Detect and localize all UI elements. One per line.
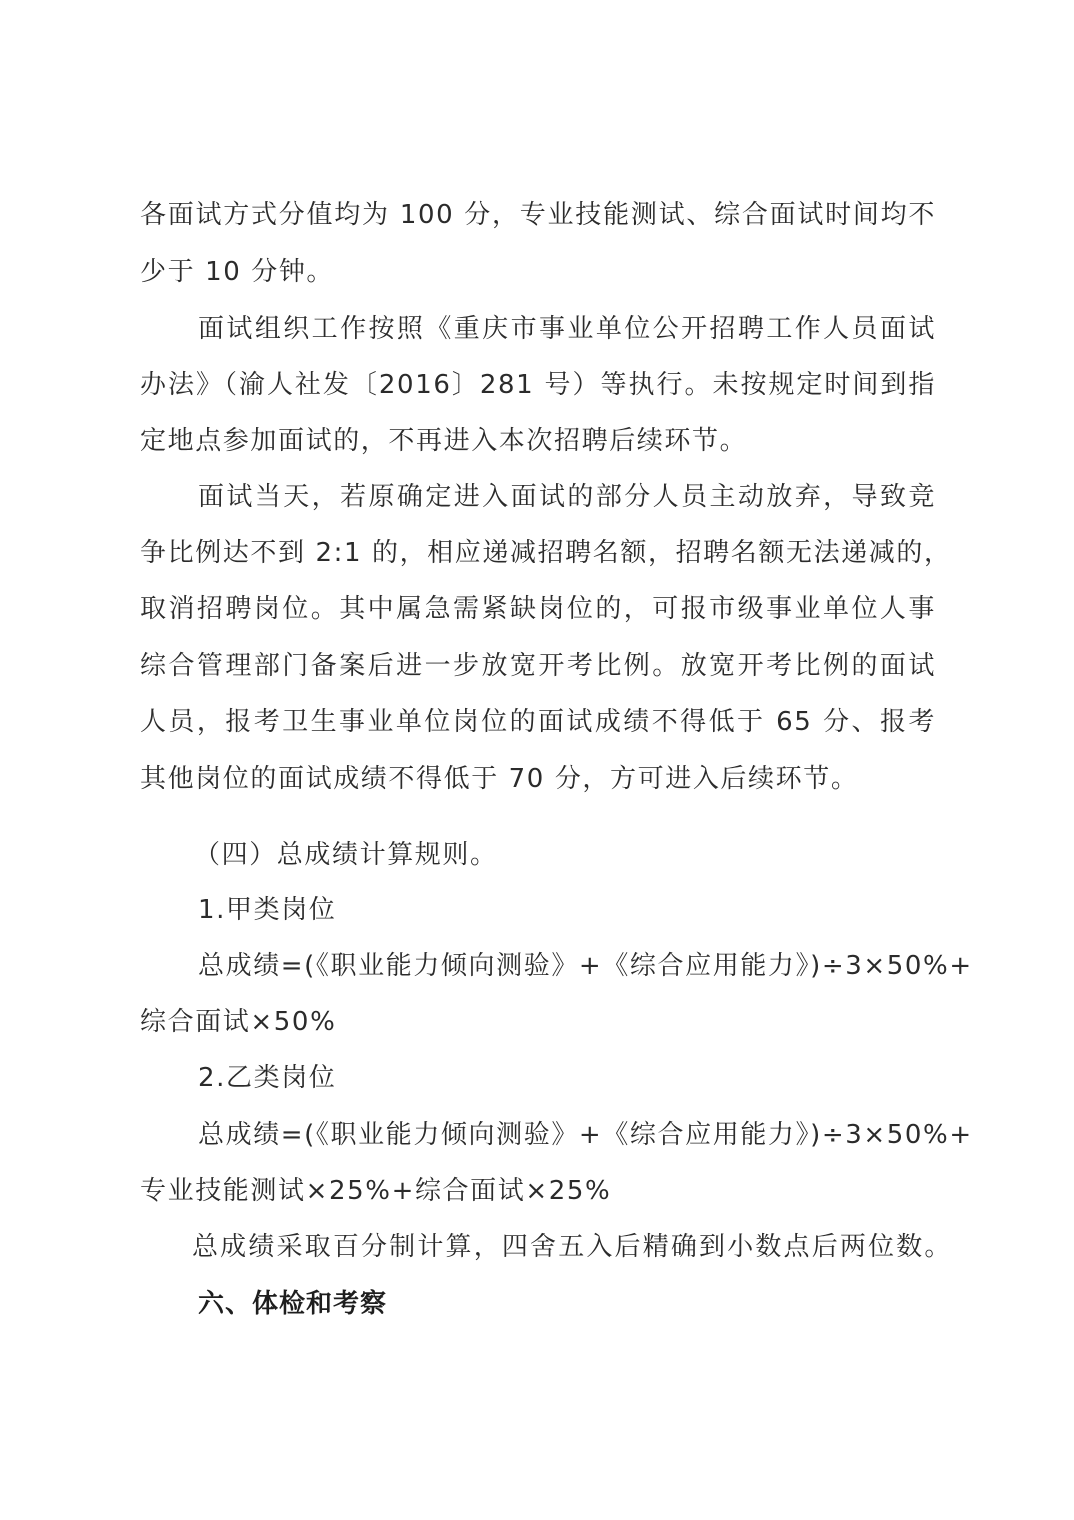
document-page: 各面试方式分值均为 100 分，专业技能测试、综合面试时间均不 少于 10 分钟…: [0, 0, 1074, 1520]
section-heading: 六、体检和考察: [198, 1284, 387, 1324]
paragraph-3-line-3: 取消招聘岗位。其中属急需紧缺岗位的，可报市级事业单位人事: [140, 589, 936, 629]
category-b-label: 2.乙类岗位: [198, 1058, 336, 1098]
paragraph-2-line-2: 办法》（渝人社发〔2016〕281 号）等执行。未按规定时间到指: [140, 365, 936, 405]
category-b-formula-line-2: 专业技能测试×25%+综合面试×25%: [140, 1171, 611, 1211]
paragraph-1-line-1: 各面试方式分值均为 100 分，专业技能测试、综合面试时间均不: [140, 195, 936, 235]
paragraph-1-line-2: 少于 10 分钟。: [140, 252, 334, 292]
category-b-formula-line-1: 总成绩=(《职业能力倾向测验》+《综合应用能力》)÷3×50%+: [198, 1115, 936, 1155]
subsection-title: （四）总成绩计算规则。: [194, 835, 498, 875]
paragraph-3-line-4: 综合管理部门备案后进一步放宽开考比例。放宽开考比例的面试: [140, 646, 936, 686]
paragraph-3-line-1: 面试当天，若原确定进入面试的部分人员主动放弃，导致竞: [198, 477, 936, 517]
category-a-formula-line-1: 总成绩=(《职业能力倾向测验》+《综合应用能力》)÷3×50%+: [198, 946, 936, 986]
paragraph-3-line-6: 其他岗位的面试成绩不得低于 70 分，方可进入后续环节。: [140, 759, 858, 799]
paragraph-3-line-5: 人员，报考卫生事业单位岗位的面试成绩不得低于 65 分、报考: [140, 702, 936, 742]
category-a-formula-line-2: 综合面试×50%: [140, 1002, 336, 1042]
paragraph-2-line-3: 定地点参加面试的，不再进入本次招聘后续环节。: [140, 421, 747, 461]
paragraph-3-line-2: 争比例达不到 2:1 的，相应递减招聘名额，招聘名额无法递减的，: [140, 533, 936, 573]
rounding-note: 总成绩采取百分制计算，四舍五入后精确到小数点后两位数。: [192, 1227, 952, 1267]
category-a-label: 1.甲类岗位: [198, 890, 336, 930]
paragraph-2-line-1: 面试组织工作按照《重庆市事业单位公开招聘工作人员面试: [198, 309, 936, 349]
